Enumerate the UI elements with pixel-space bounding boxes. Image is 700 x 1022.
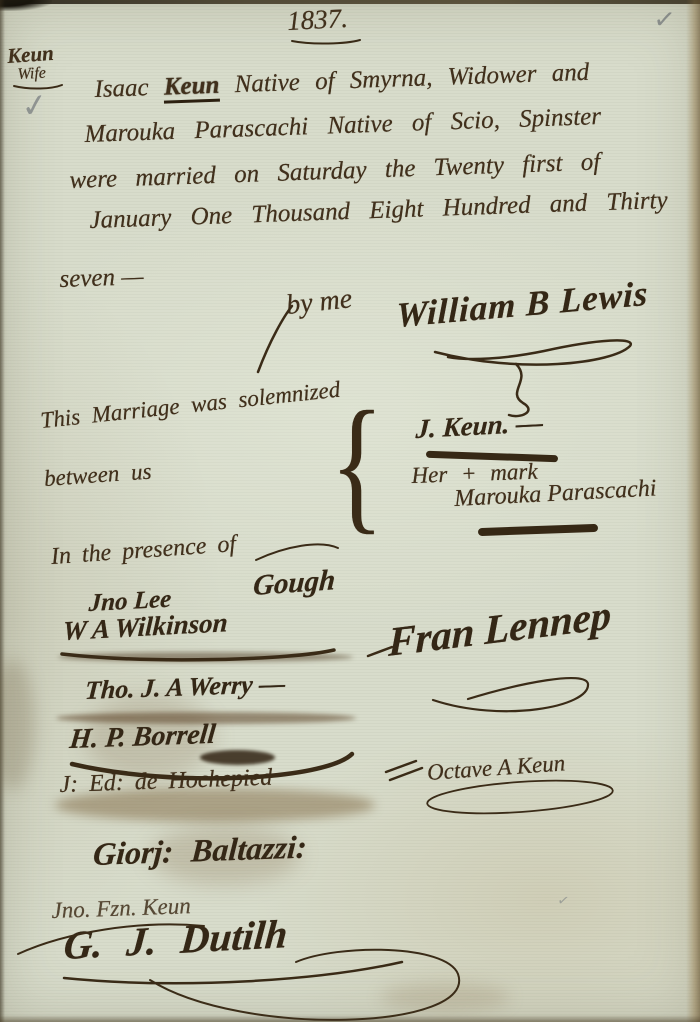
page-top-edge: [0, 0, 700, 4]
curly-brace: {: [330, 378, 384, 550]
witness-signature-gough: Gough: [252, 564, 336, 603]
by-me-text: by me: [285, 283, 354, 322]
witness-signature-baltazzi: Giorj: Baltazzi:: [92, 828, 308, 873]
entry-line-3: were married on Saturday the Twenty firs…: [69, 148, 601, 195]
page-bottom-edge: [0, 1015, 700, 1022]
solemnized-line-2: between us: [43, 459, 152, 492]
officiant-signature: William B Lewis: [396, 274, 649, 336]
solemnized-line-1: This Marriage was solemnized: [39, 377, 341, 434]
witness-signature-wilkinson: W A Wilkinson: [62, 607, 229, 647]
entry-line-5: seven —: [59, 263, 144, 294]
witness-signature-octave-keun: Octave A Keun: [426, 750, 566, 786]
paper-stain: [380, 982, 510, 1012]
pencil-checkmark-left: ✓: [19, 85, 51, 126]
groom-surname-overwritten: Keun: [163, 72, 220, 104]
witness-signature-borrell: H. P. Borrell: [68, 719, 217, 756]
pencil-mark-bottom-right: ✓: [556, 892, 570, 910]
page-top-left-corner: [0, 0, 52, 11]
page-left-edge: [0, 0, 5, 1022]
ink-smear: [58, 652, 353, 662]
entry-line-1-text: Native of Smyrna, Widower and: [234, 59, 589, 98]
entry-line-2: Marouka Parascachi Native of Scio, Spins…: [84, 103, 601, 149]
entry-line-1: Isaac Keun Native of Smyrna, Widower and: [94, 59, 590, 104]
paper-stain: [0, 660, 35, 790]
bride-name-underline: [478, 524, 598, 536]
entry-line-4: January One Thousand Eight Hundred and T…: [89, 187, 668, 235]
witness-intro: In the presence of: [50, 531, 237, 571]
witness-signature-hochepied: J: Ed: de Hochepied: [59, 765, 273, 799]
groom-signature: J. Keun. —: [415, 407, 544, 445]
year-heading: 1837.: [286, 3, 348, 37]
witness-signature-werry: Tho. J. A Werry —: [84, 669, 286, 706]
pencil-checkmark-top-right: ✓: [652, 4, 677, 36]
groom-first-name: Isaac: [94, 74, 149, 103]
margin-note-second-line: Wife: [17, 65, 46, 84]
register-page: 1837. Keun Wife ✓ ✓ ✓ Isaac Keun Native …: [0, 0, 700, 1022]
witness-signature-van-lennep: Fran Lennep: [388, 590, 612, 666]
ink-blot: [200, 750, 275, 765]
page-right-edge: [686, 0, 700, 1022]
